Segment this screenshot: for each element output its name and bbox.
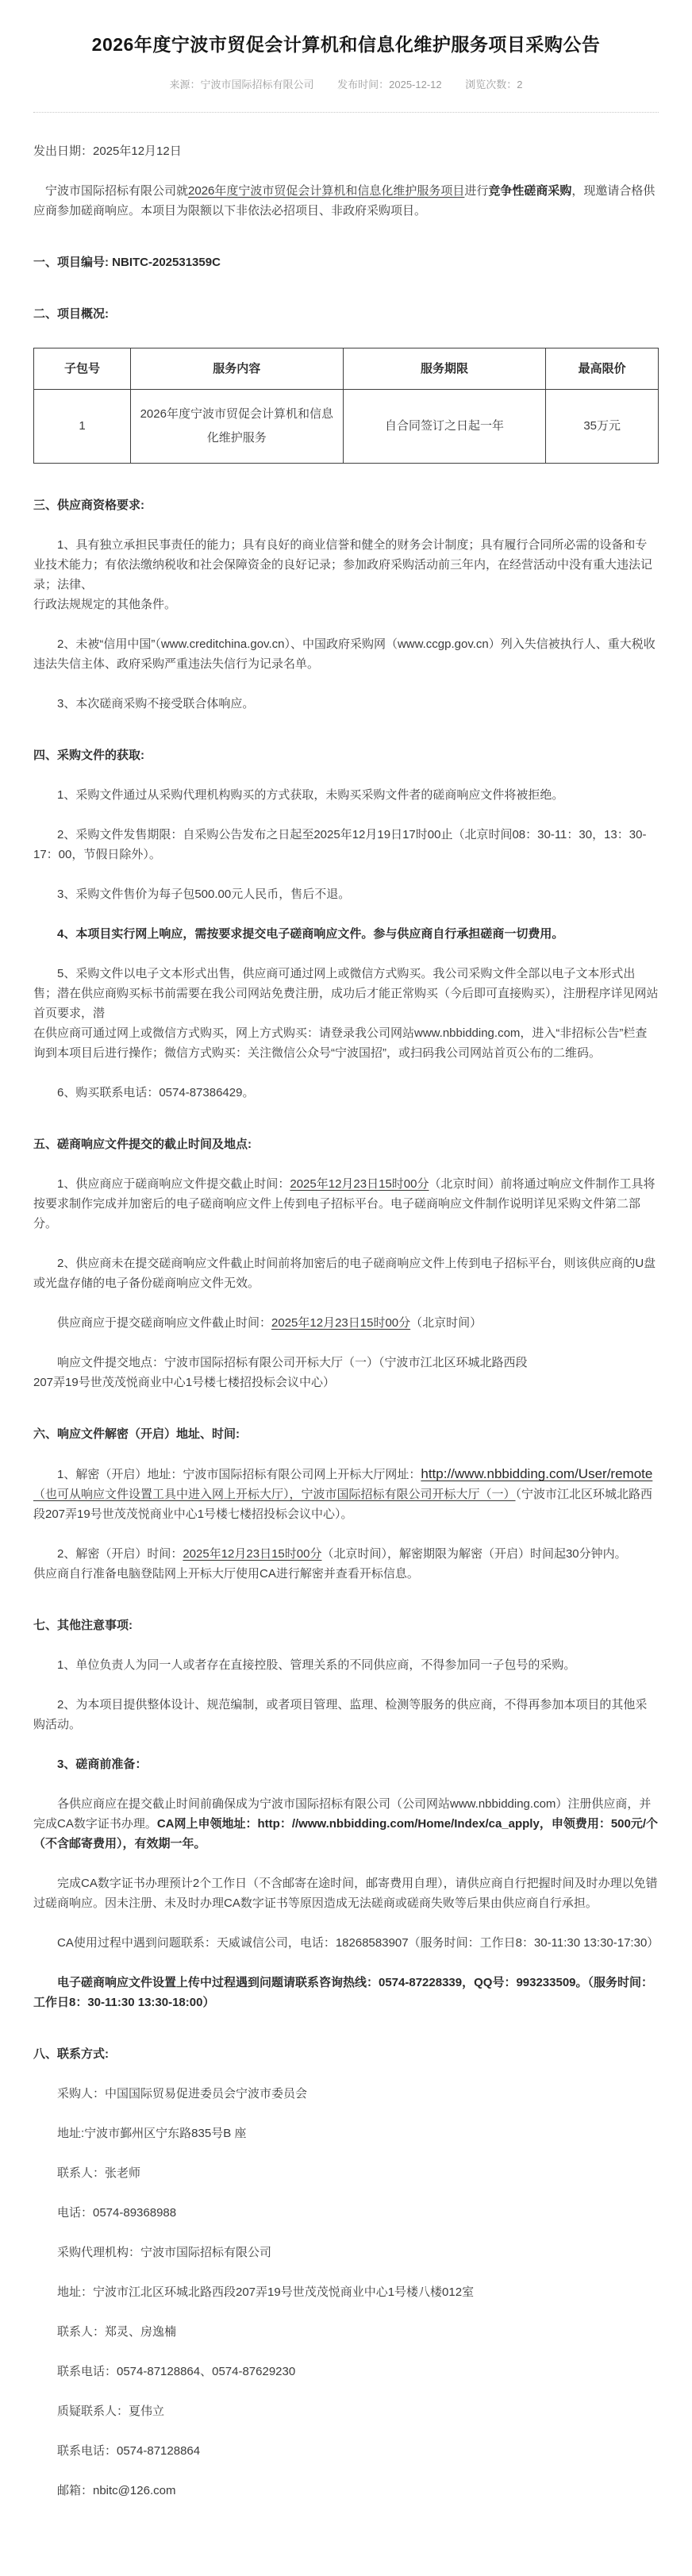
notice-item-1: 1、单位负责人为同一人或者存在直接控股、管理关系的不同供应商，不得参加同一子包号… — [33, 1655, 659, 1675]
contact-purchaser-address: 地址:宁波市鄞州区宁东路835号B 座 — [33, 2124, 659, 2143]
decrypt-address-underlined: （也可从响应文件设置工具中进入网上开标大厅），宁波市国际招标有限公司开标大厅（一… — [33, 1488, 516, 1501]
submission-item-2: 2、供应商未在提交磋商响应文件截止时间前将加密后的电子磋商响应文件上传到电子招标… — [33, 1253, 659, 1293]
meta-views-label: 浏览次数： — [465, 79, 517, 90]
decrypt-time-cont: 供应商自行准备电脑登陆网上开标大厅使用CA进行解密并查看开标信息。 — [33, 1567, 419, 1581]
doc-obtain-item-5: 5、采购文件以电子文本形式出售，供应商可通过网上或微信方式购买。我公司采购文件全… — [33, 964, 659, 1063]
cell-package-no: 1 — [34, 390, 131, 464]
decrypt-time-detail: （北京时间），解密期限为解密（开启）时间起30分钟内。 — [321, 1547, 626, 1561]
doc-obtain-item-3: 3、采购文件售价为每子包500.00元人民币，售后不退。 — [33, 884, 659, 904]
contact-purchaser-person: 联系人：张老师 — [33, 2163, 659, 2183]
contact-purchaser: 采购人：中国国际贸易促进委员会宁波市委员会 — [33, 2084, 659, 2104]
doc-obtain-item-4: 4、本项目实行网上响应，需按要求提交电子磋商响应文件。参与供应商自行承担磋商一切… — [33, 924, 659, 944]
decrypt-time-date: 2025年12月23日15时00分 — [183, 1547, 321, 1561]
intro-text-1: 宁波市国际招标有限公司就 — [45, 184, 188, 198]
contact-query-phone: 联系电话：0574-87128864 — [33, 2441, 659, 2461]
issue-date: 发出日期：2025年12月12日 — [33, 141, 659, 161]
meta-source-value: 宁波市国际招标有限公司 — [200, 79, 313, 90]
deadline-date: 2025年12月23日15时00分 — [271, 1316, 410, 1330]
doc-obtain-item-5-text: 5、采购文件以电子文本形式出售，供应商可通过网上或微信方式购买。我公司采购文件全… — [33, 967, 659, 1020]
section-8-heading: 八、联系方式: — [33, 2044, 659, 2064]
qualification-item-2: 2、未被“信用中国”（www.creditchina.gov.cn）、中国政府采… — [33, 634, 659, 674]
qualification-item-3: 3、本次磋商采购不接受联合体响应。 — [33, 694, 659, 714]
ca-processing-paragraph: 完成CA数字证书办理预计2个工作日（不含邮寄在途时间，邮寄费用自理），请供应商自… — [33, 1873, 659, 1913]
intro-paragraph: 宁波市国际招标有限公司就2026年度宁波市贸促会计算机和信息化维护服务项目进行竞… — [33, 181, 659, 221]
meta-views: 浏览次数：2 — [465, 79, 522, 90]
submission-place-line: 响应文件提交地点：宁波市国际招标有限公司开标大厅（一）（宁波市江北区环城北路西段… — [33, 1353, 659, 1392]
intro-text-2: 进行 — [464, 184, 488, 198]
meta-source: 来源：宁波市国际招标有限公司 — [169, 79, 313, 90]
table-row: 1 2026年度宁波市贸促会计算机和信息化维护服务 自合同签订之日起一年 35万… — [34, 390, 659, 464]
submission-item-1: 1、供应商应于磋商响应文件提交截止时间：2025年12月23日15时00分（北京… — [33, 1174, 659, 1234]
section-4-heading: 四、采购文件的获取: — [33, 745, 659, 765]
col-header-max-price: 最高限价 — [546, 348, 659, 390]
contact-agency-address: 地址：宁波市江北区环城北路西段207弄19号世茂茂悦商业中心1号楼八楼012室 — [33, 2282, 659, 2302]
qualification-item-1-cont: 行政法规规定的其他条件。 — [33, 598, 176, 611]
decrypt-time-label: 2、解密（开启）时间： — [57, 1547, 183, 1561]
section-5-heading: 五、磋商响应文件提交的截止时间及地点: — [33, 1134, 659, 1154]
doc-obtain-item-5-cont: 在供应商可通过网上或微信方式购买，网上方式购买：请登录我公司网站www.nbbi… — [33, 1026, 647, 1060]
contact-agency-phone: 联系电话：0574-87128864、0574-87629230 — [33, 2362, 659, 2382]
meta-bar: 来源：宁波市国际招标有限公司 发布时间：2025-12-12 浏览次数：2 — [33, 76, 659, 91]
announcement-body: 发出日期：2025年12月12日 宁波市国际招标有限公司就2026年度宁波市贸促… — [33, 141, 659, 2501]
cell-max-price: 35万元 — [546, 390, 659, 464]
announcement-page: 2026年度宁波市贸促会计算机和信息化维护服务项目采购公告 来源：宁波市国际招标… — [0, 0, 692, 2576]
submission-place-text: 响应文件提交地点：宁波市国际招标有限公司开标大厅（一）（宁波市江北区环城北路西段 — [57, 1356, 528, 1369]
doc-obtain-item-1: 1、采购文件通过从采购代理机构购买的方式获取，未购买采购文件者的磋商响应文件将被… — [33, 785, 659, 805]
section-1-heading: 一、项目编号: NBITC-202531359C — [33, 252, 659, 272]
ca-register-paragraph: 各供应商应在提交截止时间前确保成为宁波市国际招标有限公司（公司网站www.nbb… — [33, 1794, 659, 1854]
submission-place-cont: 207弄19号世茂茂悦商业中心1号楼七楼招投标会议中心） — [33, 1376, 335, 1389]
section-6-heading: 六、响应文件解密（开启）地址、时间: — [33, 1424, 659, 1444]
doc-obtain-item-6: 6、购买联系电话：0574-87386429。 — [33, 1083, 659, 1103]
notice-item-3: 3、磋商前准备： — [33, 1754, 659, 1774]
submission-deadline-line: 供应商应于提交磋商响应文件截止时间：2025年12月23日15时00分（北京时间… — [33, 1313, 659, 1333]
decrypt-address-label: 1、解密（开启）地址：宁波市国际招标有限公司网上开标大厅网址： — [57, 1468, 421, 1481]
section-2-heading: 二、项目概况: — [33, 304, 659, 324]
cell-service-content: 2026年度宁波市贸促会计算机和信息化维护服务 — [130, 390, 343, 464]
open-bid-hall-link[interactable]: http://www.nbbidding.com/User/remote — [421, 1466, 652, 1481]
table-header-row: 子包号 服务内容 服务期限 最高限价 — [34, 348, 659, 390]
qualification-item-1-text: 1、具有独立承担民事责任的能力；具有良好的商业信誉和健全的财务会计制度；具有履行… — [33, 538, 652, 591]
doc-obtain-item-2: 2、采购文件发售期限：自采购公告发布之日起至2025年12月19日17时00止（… — [33, 825, 659, 864]
contact-agency: 采购代理机构：宁波市国际招标有限公司 — [33, 2243, 659, 2262]
section-3-heading: 三、供应商资格要求: — [33, 495, 659, 515]
col-header-package-no: 子包号 — [34, 348, 131, 390]
meta-time-label: 发布时间： — [337, 79, 389, 90]
meta-source-label: 来源： — [169, 79, 200, 90]
col-header-service-term: 服务期限 — [343, 348, 546, 390]
contact-agency-person: 联系人：郑灵、房逸楠 — [33, 2322, 659, 2342]
decrypt-address-item: 1、解密（开启）地址：宁波市国际招标有限公司网上开标大厅网址：http://ww… — [33, 1464, 659, 1524]
deadline-label: 供应商应于提交磋商响应文件截止时间： — [57, 1316, 271, 1330]
submission-item-1-pre: 1、供应商应于磋商响应文件提交截止时间： — [57, 1177, 290, 1191]
notice-item-2: 2、为本项目提供整体设计、规范编制，或者项目管理、监理、检测等服务的供应商，不得… — [33, 1695, 659, 1735]
ca-support-paragraph: CA使用过程中遇到问题联系：天威诚信公司，电话：18268583907（服务时间… — [33, 1933, 659, 1953]
page-title: 2026年度宁波市贸促会计算机和信息化维护服务项目采购公告 — [33, 32, 659, 57]
meta-time-value: 2025-12-12 — [389, 79, 442, 90]
contact-email: 邮箱：nbitc@126.com — [33, 2481, 659, 2501]
project-name-underlined: 2026年度宁波市贸促会计算机和信息化维护服务项目 — [188, 184, 464, 198]
col-header-service-content: 服务内容 — [130, 348, 343, 390]
contact-query-person: 质疑联系人：夏伟立 — [33, 2401, 659, 2421]
deadline-timezone: （北京时间） — [410, 1316, 482, 1330]
decrypt-time-item: 2、解密（开启）时间：2025年12月23日15时00分（北京时间），解密期限为… — [33, 1544, 659, 1584]
submission-deadline-date: 2025年12月23日15时00分 — [290, 1177, 429, 1191]
procurement-method: 竞争性磋商采购 — [488, 184, 571, 198]
project-overview-table: 子包号 服务内容 服务期限 最高限价 1 2026年度宁波市贸促会计算机和信息化… — [33, 348, 659, 464]
meta-views-value: 2 — [517, 79, 522, 90]
meta-publish-time: 发布时间：2025-12-12 — [337, 79, 442, 90]
cell-service-term: 自合同签订之日起一年 — [343, 390, 546, 464]
qualification-item-1: 1、具有独立承担民事责任的能力；具有良好的商业信誉和健全的财务会计制度；具有履行… — [33, 535, 659, 614]
upload-hotline-paragraph: 电子磋商响应文件设置上传中过程遇到问题请联系咨询热线：0574-87228339… — [33, 1973, 659, 2012]
dotted-divider — [33, 112, 659, 113]
section-7-heading: 七、其他注意事项: — [33, 1615, 659, 1635]
